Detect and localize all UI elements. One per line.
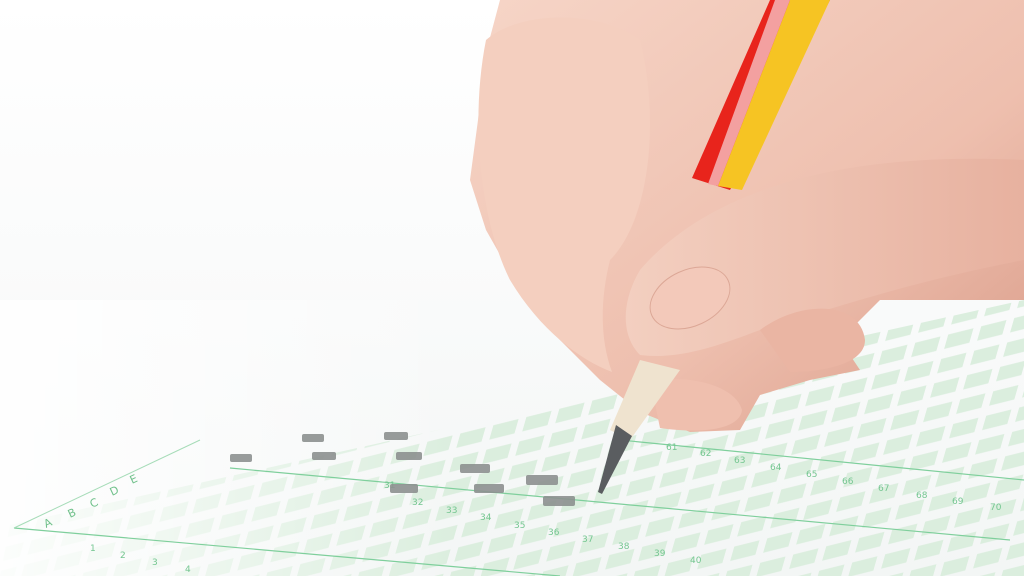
svg-text:39: 39 <box>654 549 666 559</box>
svg-text:37: 37 <box>582 535 593 545</box>
bubble-grid <box>0 300 1024 576</box>
svg-text:63: 63 <box>734 456 745 466</box>
svg-text:33: 33 <box>446 506 457 516</box>
svg-text:36: 36 <box>548 528 560 538</box>
answer-sheet: A B C D E 1234 31323334 35363738 3940 61… <box>0 0 1024 576</box>
svg-text:4: 4 <box>185 565 191 575</box>
svg-text:38: 38 <box>618 542 630 552</box>
svg-text:65: 65 <box>806 470 817 480</box>
svg-text:34: 34 <box>480 513 492 523</box>
svg-text:2: 2 <box>120 551 126 561</box>
svg-text:62: 62 <box>700 449 711 459</box>
svg-text:68: 68 <box>916 491 928 501</box>
svg-text:32: 32 <box>412 498 423 508</box>
svg-text:1: 1 <box>90 544 96 554</box>
svg-text:70: 70 <box>990 503 1002 513</box>
svg-text:61: 61 <box>666 443 677 453</box>
svg-text:35: 35 <box>514 521 525 531</box>
svg-text:69: 69 <box>952 497 964 507</box>
svg-text:67: 67 <box>878 484 889 494</box>
svg-text:3: 3 <box>152 558 158 568</box>
svg-text:40: 40 <box>690 556 702 566</box>
svg-text:66: 66 <box>842 477 854 487</box>
svg-text:64: 64 <box>770 463 782 473</box>
